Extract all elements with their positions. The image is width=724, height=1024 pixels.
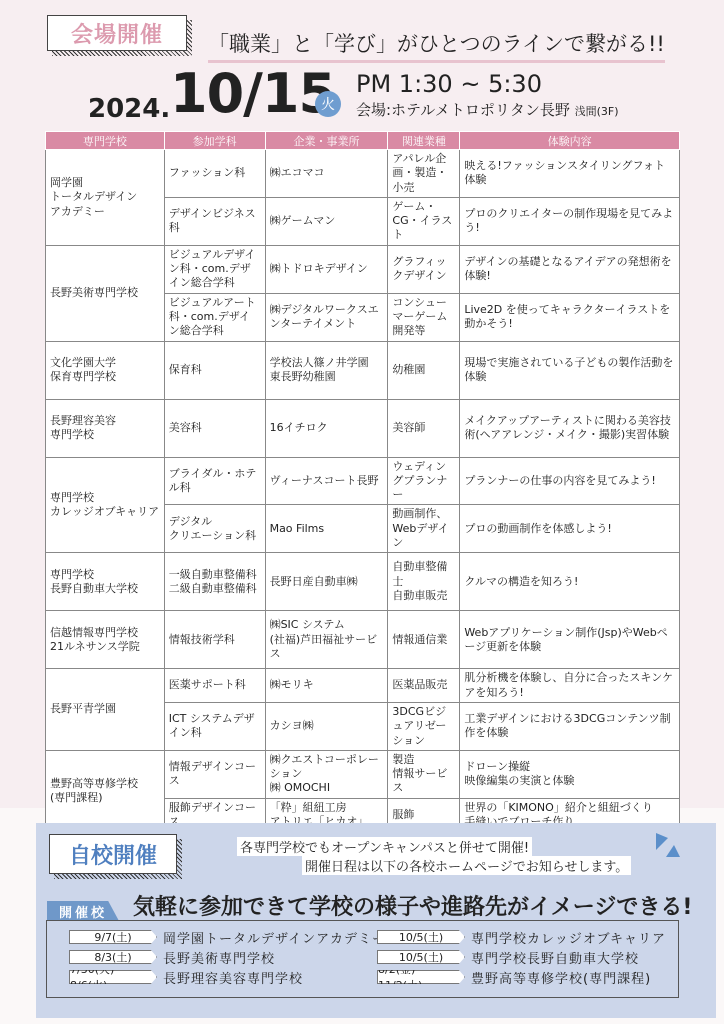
experience-cell: プランナーの仕事の内容を見てみよう! [460, 457, 680, 505]
school-name-cell: 専門学校 カレッジオブキャリア [46, 457, 165, 553]
industry-cell: 美容師 [388, 399, 460, 457]
department-cell: ブライダル・ホテル科 [164, 457, 265, 505]
company-cell: Mao Films [265, 505, 388, 553]
company-cell: 学校法人篠ノ井学園 東長野幼稚園 [265, 341, 388, 399]
company-cell: ㈱ゲームマン [265, 197, 388, 245]
schedule-school-name: 長野理容美容専門学校 [163, 968, 303, 987]
experience-cell: Webアプリケーション制作(Jsp)やWebページ更新を体験 [460, 611, 680, 669]
industry-cell: 製造 情報サービス [388, 750, 460, 798]
schedule-date: 8/3(土) [69, 950, 157, 964]
school-name-cell: 長野理容美容 専門学校 [46, 399, 165, 457]
industry-cell: アパレル企画・製造・小売 [388, 150, 460, 198]
school-name-cell: 豊野高等専修学校 (専門課程) [46, 750, 165, 831]
table-row: 長野美術専門学校ビジュアルデザイン科・com.デザイン総合学科㈱トドロキデザイン… [46, 245, 680, 293]
schedule-school-name: 豊野高等専修学校(専門課程) [471, 968, 651, 987]
venue-room: 浅間(3F) [575, 105, 619, 118]
event-date: 10/15 [170, 62, 335, 125]
industry-cell: コンシューマーゲーム開発等 [388, 293, 460, 341]
schedule-school-name: 専門学校カレッジオブキャリア [471, 928, 666, 947]
schedule-date: 7/30(火)・8/6(火) [69, 970, 157, 984]
experience-cell: メイクアップアーティストに関わる美容技術(ヘアアレンジ・メイク・撮影)実習体験 [460, 399, 680, 457]
schedule-date: 8/2(金)・11/2(土) [377, 970, 465, 984]
table-row: 文化学園大学 保育専門学校保育科学校法人篠ノ井学園 東長野幼稚園幼稚園現場で実施… [46, 341, 680, 399]
department-cell: 医薬サポート科 [164, 669, 265, 703]
industry-cell: 情報通信業 [388, 611, 460, 669]
venue-name: 会場:ホテルメトロポリタン長野 [356, 101, 570, 119]
company-cell: ヴィーナスコート長野 [265, 457, 388, 505]
company-cell: 16イチロク [265, 399, 388, 457]
experience-cell: Live2D を使ってキャラクターイラストを動かそう! [460, 293, 680, 341]
school-name-cell: 長野美術専門学校 [46, 245, 165, 341]
industry-cell: ウェディングプランナー [388, 457, 460, 505]
company-cell: 長野日産自動車㈱ [265, 553, 388, 611]
column-header: 体験内容 [460, 132, 680, 150]
department-cell: 美容科 [164, 399, 265, 457]
industry-cell: 幼稚園 [388, 341, 460, 399]
experience-cell: 現場で実施されている子どもの製作活動を体験 [460, 341, 680, 399]
venue-badge: 会場開催 [47, 15, 187, 51]
department-cell: デザインビジネス科 [164, 197, 265, 245]
department-cell: 情報技術学科 [164, 611, 265, 669]
schedule-item: 10/5(土)専門学校カレッジオブキャリア [377, 929, 666, 945]
department-cell: ビジュアルアート科・com.デザイン総合学科 [164, 293, 265, 341]
own-campus-badge: 自校開催 [49, 834, 177, 874]
company-cell: ㈱エコマコ [265, 150, 388, 198]
department-cell: デジタル クリエーション科 [164, 505, 265, 553]
triangle-decoration-icon [666, 845, 680, 857]
experience-cell: デザインの基礎となるアイデアの発想術を体験! [460, 245, 680, 293]
schedule-item: 8/2(金)・11/2(土)豊野高等専修学校(専門課程) [377, 969, 651, 985]
table-row: 長野平青学園医薬サポート科㈱モリキ医薬品販売肌分析機を体験し、自分に合ったスキン… [46, 669, 680, 703]
experience-cell: ドローン操縦 映像編集の実演と体験 [460, 750, 680, 798]
day-of-week-badge: 火 [315, 91, 341, 117]
department-cell: ビジュアルデザイン科・com.デザイン総合学科 [164, 245, 265, 293]
industry-cell: 動画制作、Webデザイン [388, 505, 460, 553]
school-name-cell: 長野平青学園 [46, 669, 165, 750]
note-line-2: 開催日程は以下の各校ホームページでお知らせします。 [302, 856, 631, 875]
schedule-item: 10/5(土)専門学校長野自動車大学校 [377, 949, 639, 965]
schedule-school-name: 長野美術専門学校 [163, 948, 275, 967]
column-header: 関連業種 [388, 132, 460, 150]
schedule-date: 10/5(土) [377, 950, 465, 964]
company-cell: ㈱トドロキデザイン [265, 245, 388, 293]
industry-cell: 自動車整備士 自動車販売 [388, 553, 460, 611]
school-name-cell: 文化学園大学 保育専門学校 [46, 341, 165, 399]
industry-cell: グラフィックデザイン [388, 245, 460, 293]
department-cell: 情報デザインコース [164, 750, 265, 798]
department-cell: 一級自動車整備科 二級自動車整備科 [164, 553, 265, 611]
schedule-school-name: 専門学校長野自動車大学校 [471, 948, 639, 967]
department-cell: 保育科 [164, 341, 265, 399]
column-header: 専門学校 [46, 132, 165, 150]
experience-cell: プロの動画制作を体感しよう! [460, 505, 680, 553]
experience-cell: 映える!ファッションスタイリングフォト体験 [460, 150, 680, 198]
schedule-item: 9/7(土)岡学園トータルデザインアカデミー [69, 929, 386, 945]
event-venue: 会場:ホテルメトロポリタン長野 浅間(3F) [356, 99, 619, 120]
school-name-cell: 専門学校 長野自動車大学校 [46, 553, 165, 611]
department-cell: ファッション科 [164, 150, 265, 198]
schedule-item: 7/30(火)・8/6(火)長野理容美容専門学校 [69, 969, 303, 985]
industry-cell: 医薬品販売 [388, 669, 460, 703]
company-cell: ㈱モリキ [265, 669, 388, 703]
table-row: 専門学校 カレッジオブキャリアブライダル・ホテル科ヴィーナスコート長野ウェディン… [46, 457, 680, 505]
event-time: PM 1:30 ~ 5:30 [356, 70, 542, 98]
schedule-date: 10/5(土) [377, 930, 465, 944]
school-name-cell: 信越情報専門学校 21ルネサンス学院 [46, 611, 165, 669]
host-schools-tag: 開催校 [47, 901, 119, 921]
school-name-cell: 岡学園 トータルデザイン アカデミー [46, 150, 165, 246]
company-cell: ㈱クエストコーポレーション ㈱ OMOCHI [265, 750, 388, 798]
experience-cell: 工業デザインにおける3DCGコンテンツ制作を体験 [460, 702, 680, 750]
schedule-date: 9/7(土) [69, 930, 157, 944]
column-header: 参加学科 [164, 132, 265, 150]
catchphrase: 「職業」と「学び」がひとつのラインで繋がる!! [208, 28, 665, 63]
table-row: 長野理容美容 専門学校美容科16イチロク美容師メイクアップアーティストに関わる美… [46, 399, 680, 457]
schedule-item: 8/3(土)長野美術専門学校 [69, 949, 275, 965]
experience-cell: プロのクリエイターの制作現場を見てみよう! [460, 197, 680, 245]
experience-cell: クルマの構造を知ろう! [460, 553, 680, 611]
experience-cell: 肌分析機を体験し、自分に合ったスキンケアを知ろう! [460, 669, 680, 703]
note-line-1: 各専門学校でもオープンキャンパスと併せて開催! [237, 837, 532, 856]
industry-cell: ゲーム・CG・イラスト [388, 197, 460, 245]
table-row: 岡学園 トータルデザイン アカデミーファッション科㈱エコマコアパレル企画・製造・… [46, 150, 680, 198]
event-year: 2024. [88, 94, 170, 124]
table-row: 信越情報専門学校 21ルネサンス学院情報技術学科㈱SIC システム (社福)芦田… [46, 611, 680, 669]
table-header-row: 専門学校参加学科企業・事業所関連業種体験内容 [46, 132, 680, 150]
company-cell: ㈱デジタルワークスエンターテイメント [265, 293, 388, 341]
department-cell: ICT システムデザイン科 [164, 702, 265, 750]
table-row: 豊野高等専修学校 (専門課程)情報デザインコース㈱クエストコーポレーション ㈱ … [46, 750, 680, 798]
company-cell: カシヨ㈱ [265, 702, 388, 750]
company-cell: ㈱SIC システム (社福)芦田福祉サービス [265, 611, 388, 669]
schedule-school-name: 岡学園トータルデザインアカデミー [163, 928, 386, 947]
own-campus-headline: 気軽に参加できて学校の様子や進路先がイメージできる! [133, 890, 692, 921]
industry-cell: 3DCGビジュアリゼーション [388, 702, 460, 750]
column-header: 企業・事業所 [265, 132, 388, 150]
schedule-box: 9/7(土)岡学園トータルデザインアカデミー8/3(土)長野美術専門学校7/30… [46, 920, 679, 998]
table-row: 専門学校 長野自動車大学校一級自動車整備科 二級自動車整備科長野日産自動車㈱自動… [46, 553, 680, 611]
